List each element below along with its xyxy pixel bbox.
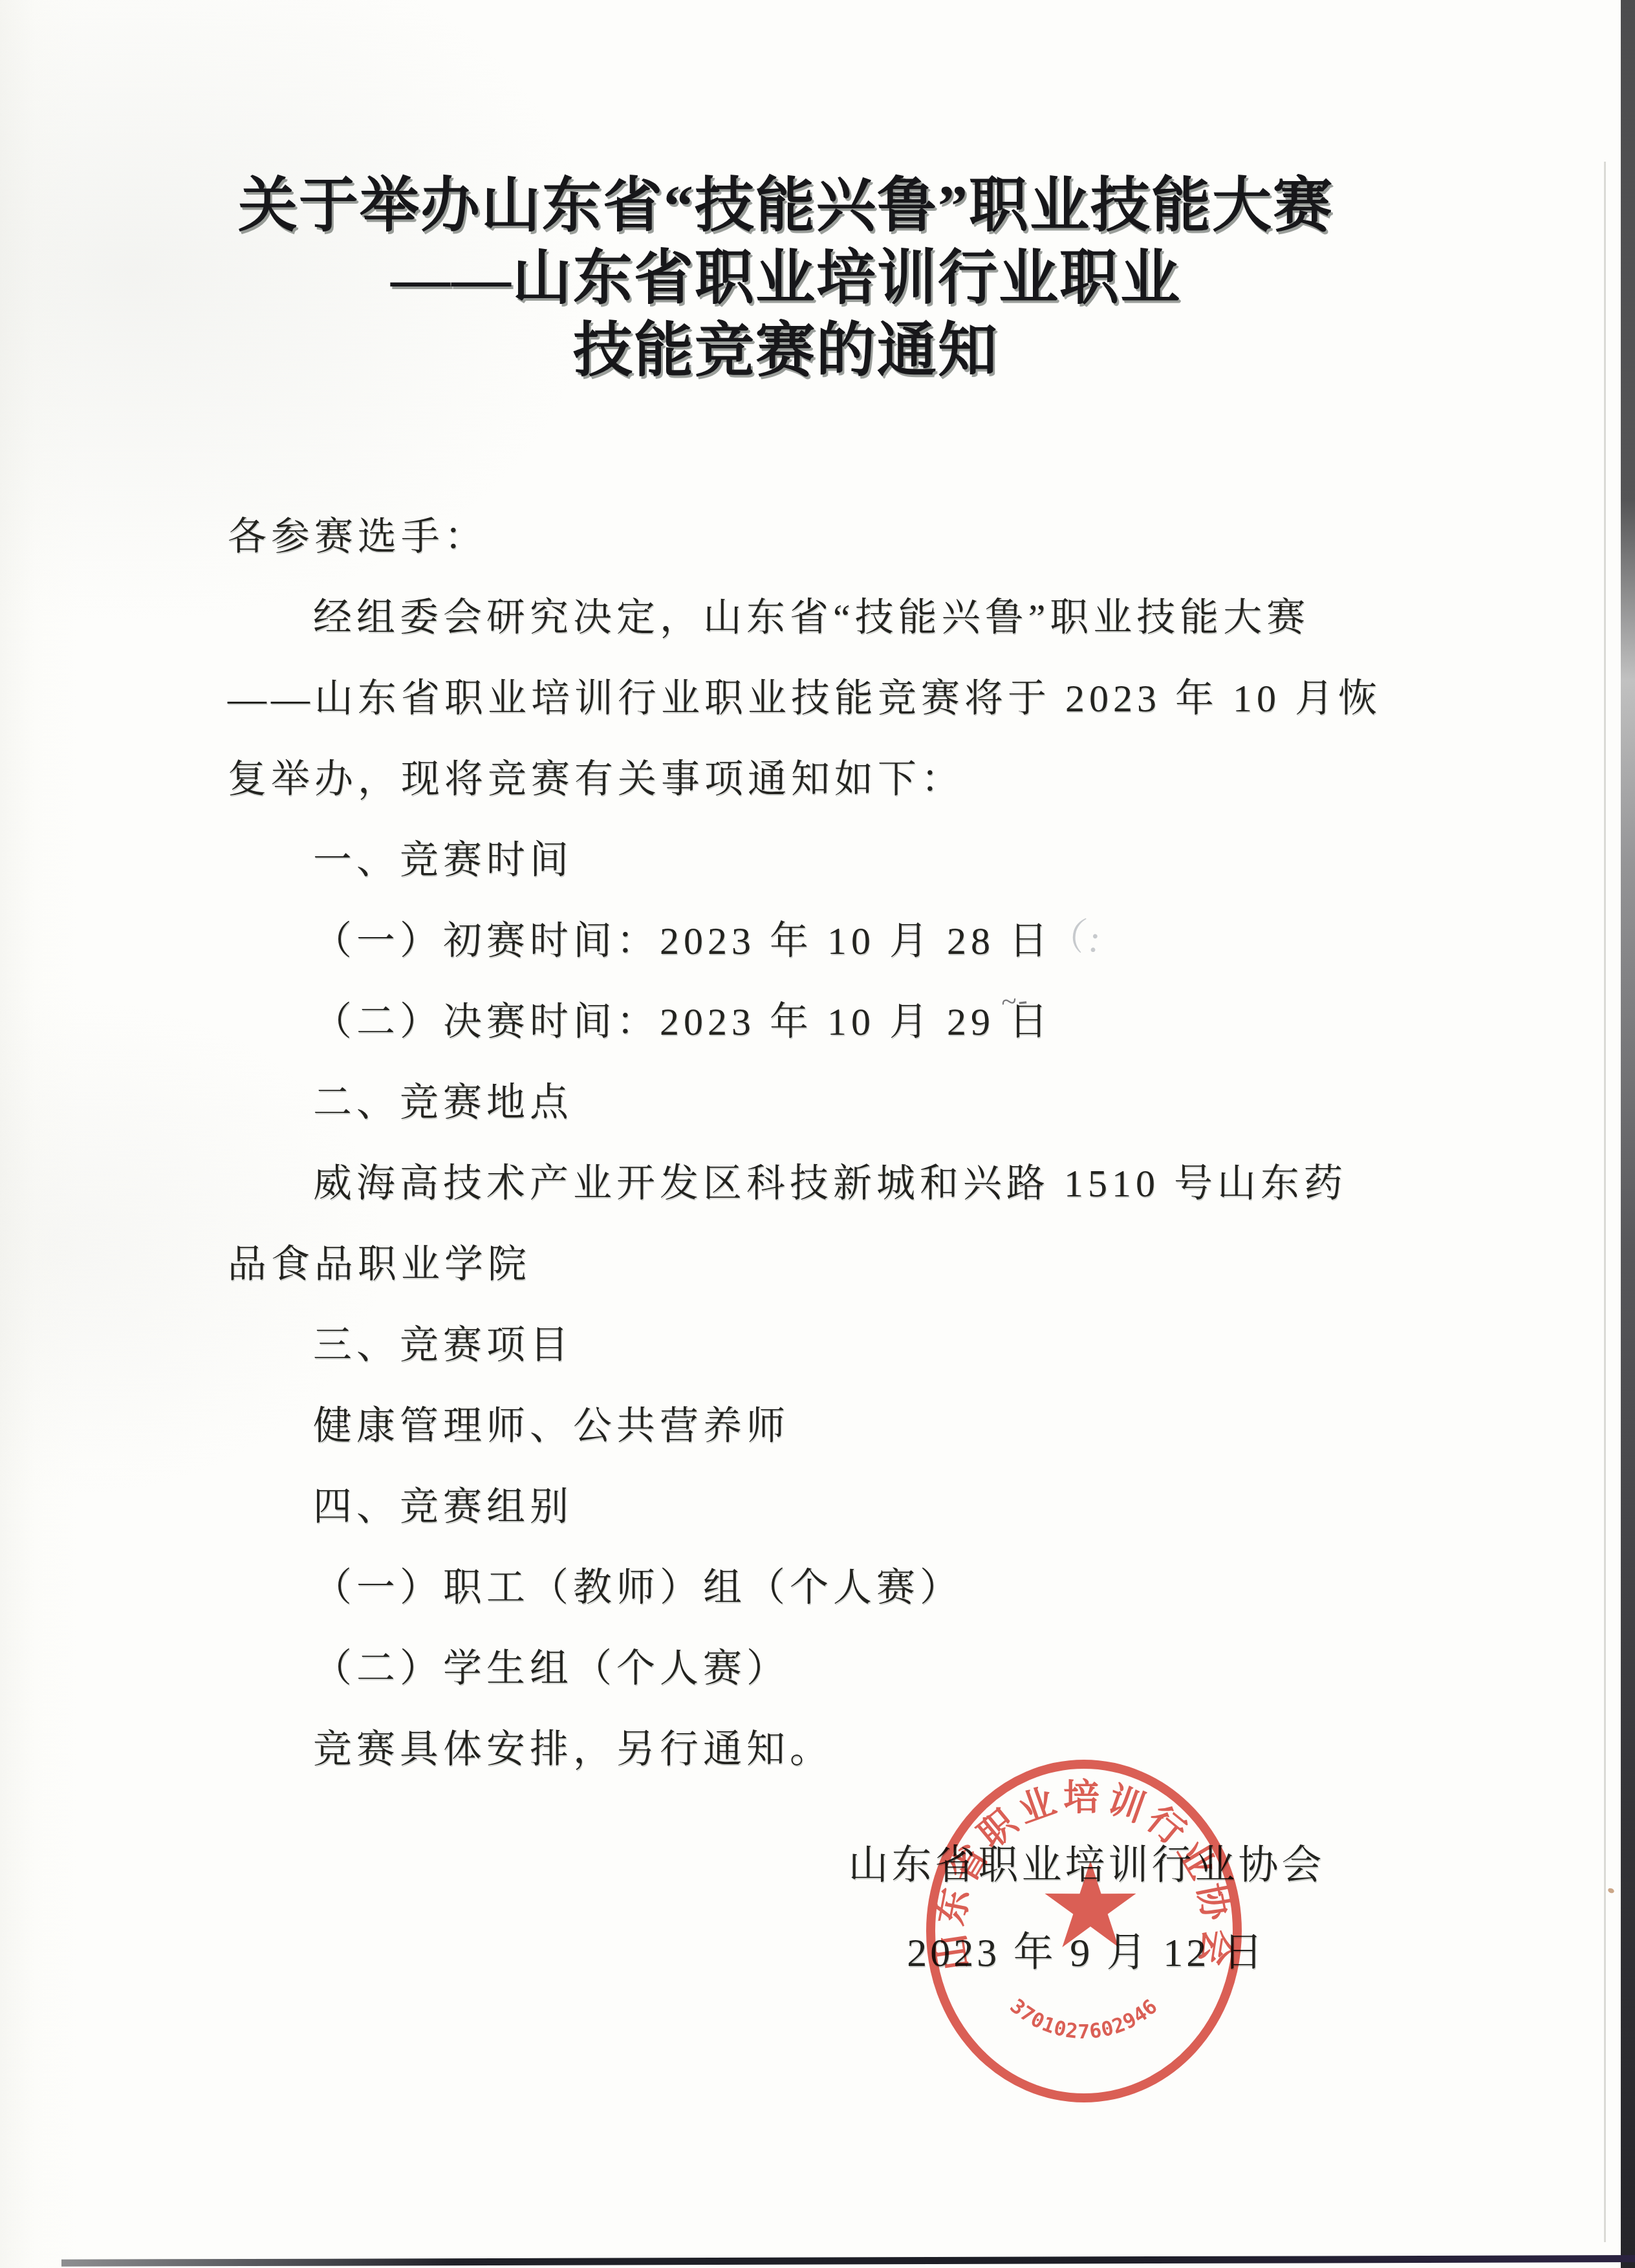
scan-speck	[1607, 1887, 1615, 1894]
seal-ink: 山东省职业培训行业协会 3701027602946	[929, 1764, 1239, 2098]
body-line: 品食品职业学院	[228, 1224, 531, 1304]
title-line-1: 关于举办山东省“技能兴鲁”职业技能大赛	[71, 169, 1500, 242]
scanner-bottom-edge	[61, 2255, 1635, 2267]
official-seal: 山东省职业培训行业协会 3701027602946	[915, 1753, 1253, 2107]
section-heading-4: 四、竞赛组别	[228, 1467, 573, 1547]
title-line-2: ——山东省职业培训行业职业	[71, 242, 1500, 314]
body-line: 威海高技术产业开发区科技新城和兴路 1510 号山东药	[228, 1143, 1347, 1224]
paper-edge-shadow	[1604, 162, 1606, 2242]
salutation-line: 各参赛选手：	[228, 497, 488, 577]
body-line: （一）职工（教师）组（个人赛）	[228, 1548, 963, 1628]
seal-star-icon	[1045, 1861, 1136, 1947]
seal-serial-number: 3701027602946	[1006, 1994, 1163, 2044]
scan-smudge: （:	[1045, 902, 1109, 964]
seal-ring-text: 山东省职业培训行业协会	[929, 1777, 1239, 1973]
scanned-notice-page: 关于举办山东省“技能兴鲁”职业技能大赛 ——山东省职业培训行业职业 技能竞赛的通…	[0, 0, 1635, 2268]
body-line: 经组委会研究决定，山东省“技能兴鲁”职业技能大赛	[228, 578, 1310, 658]
section-heading-2: 二、竞赛地点	[228, 1063, 573, 1143]
body-line: （一）初赛时间：2023 年 10 月 28 日	[228, 901, 1052, 981]
body-line: 复举办，现将竞赛有关事项通知如下：	[228, 739, 964, 819]
body-line: （二）决赛时间：2023 年 10 月 29 日	[228, 982, 1052, 1062]
body-line: ——山东省职业培训行业职业技能竞赛将于 2023 年 10 月恢	[228, 658, 1381, 739]
section-heading-3: 三、竞赛项目	[228, 1305, 573, 1385]
section-heading-1: 一、竞赛时间	[228, 820, 573, 900]
scan-smudge: ~-	[999, 983, 1030, 1019]
body-line: 竞赛具体安排，另行通知。	[228, 1709, 833, 1789]
title-line-3: 技能竞赛的通知	[71, 314, 1500, 387]
body-line: （二）学生组（个人赛）	[228, 1628, 790, 1709]
body-line: 健康管理师、公共营养师	[228, 1386, 790, 1466]
document-title: 关于举办山东省“技能兴鲁”职业技能大赛 ——山东省职业培训行业职业 技能竞赛的通…	[71, 169, 1500, 387]
scanner-right-edge	[1621, 0, 1635, 2268]
